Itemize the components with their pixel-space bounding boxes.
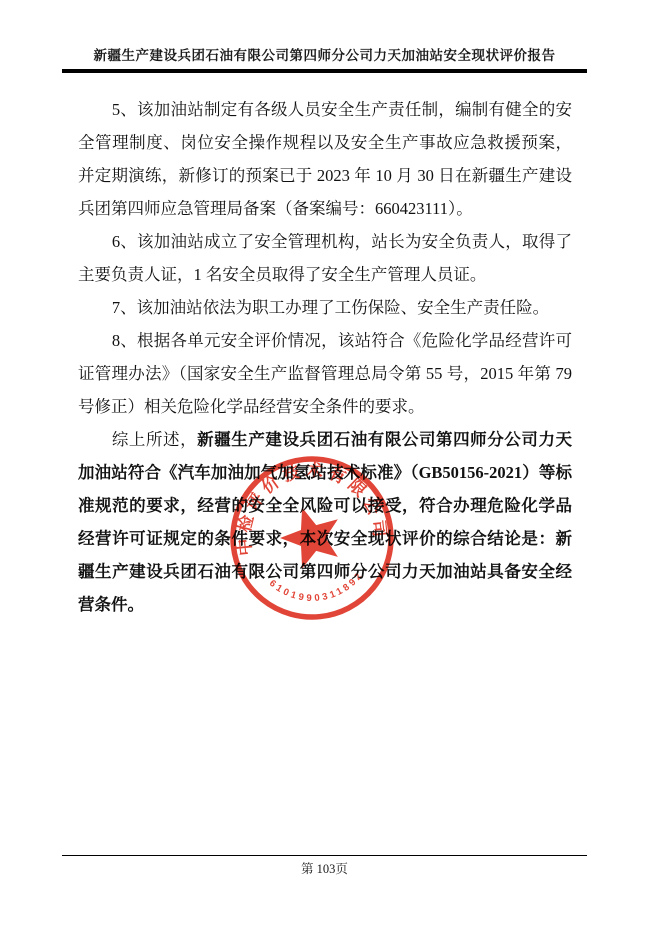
- document-body: 5、该加油站制定有各级人员安全生产责任制，编制有健全的安全管理制度、岗位安全操作…: [78, 93, 572, 621]
- paragraph-item-5: 5、该加油站制定有各级人员安全生产责任制，编制有健全的安全管理制度、岗位安全操作…: [78, 93, 572, 225]
- page-footer: 第 103页: [62, 855, 587, 878]
- page-header: 新疆生产建设兵团石油有限公司第四师分公司力天加油站安全现状评价报告: [62, 0, 587, 73]
- header-double-rule: [62, 69, 587, 73]
- page-number: 第 103页: [301, 856, 348, 877]
- paragraph-item-8: 8、根据各单元安全评价情况，该站符合《危险化学品经营许可证管理办法》（国家安全生…: [78, 324, 572, 423]
- conclusion-body: 新疆生产建设兵团石油有限公司第四师分公司力天加油站符合《汽车加油加气加氢站技术标…: [78, 430, 572, 614]
- header-title: 新疆生产建设兵团石油有限公司第四师分公司力天加油站安全现状评价报告: [62, 44, 587, 69]
- paragraph-item-6: 6、该加油站成立了安全管理机构，站长为安全负责人，取得了主要负责人证，1 名安全…: [78, 225, 572, 291]
- conclusion-paragraph: 综上所述，新疆生产建设兵团石油有限公司第四师分公司力天加油站符合《汽车加油加气加…: [78, 423, 572, 621]
- paragraph-item-7: 7、该加油站依法为职工办理了工伤保险、安全生产责任险。: [78, 291, 572, 324]
- conclusion-lead: 综上所述，: [112, 430, 197, 449]
- report-page: 新疆生产建设兵团石油有限公司第四师分公司力天加油站安全现状评价报告 5、该加油站…: [0, 0, 649, 925]
